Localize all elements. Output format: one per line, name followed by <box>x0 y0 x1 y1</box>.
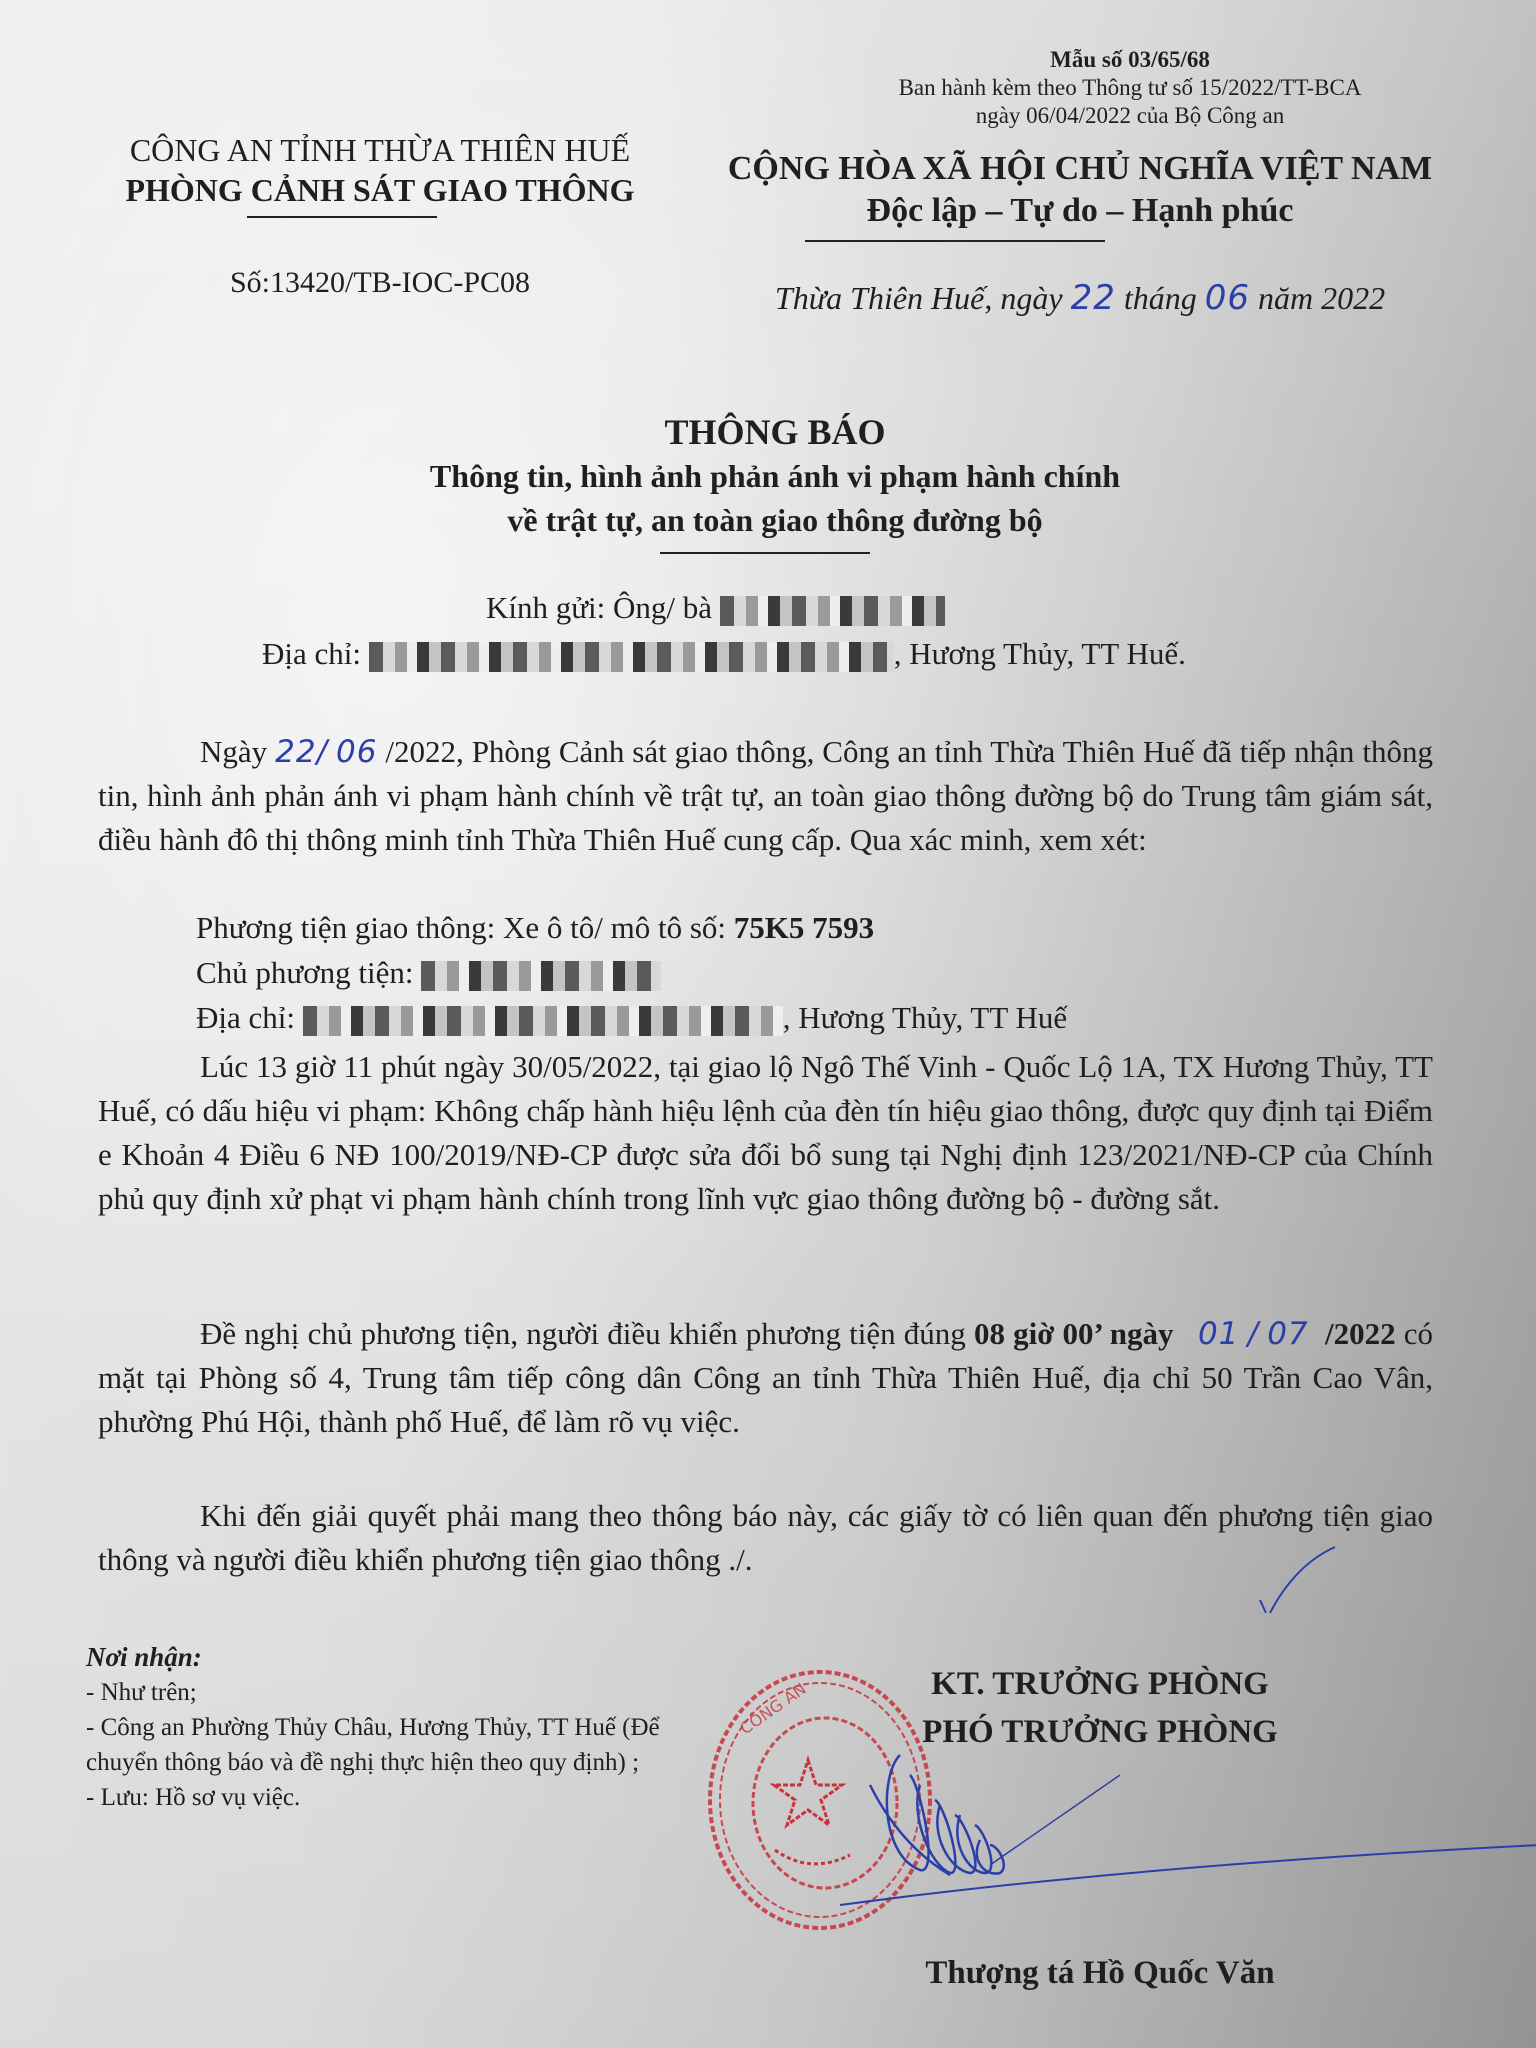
signature-icon <box>840 1745 1536 1925</box>
organization-block: CÔNG AN TỈNH THỪA THIÊN HUẾ PHÒNG CẢNH S… <box>40 130 720 210</box>
recipients-list: Nơi nhận: - Như trên; - Công an Phường T… <box>86 1640 696 1815</box>
notice-title: THÔNG BÁO Thông tin, hình ảnh phản ánh v… <box>300 410 1250 542</box>
document-number: Số:13420/TB-IOC-PC08 <box>40 266 720 300</box>
recipient-line: Kính gửi: Ông/ bà <box>486 590 945 626</box>
form-issued-with: Ban hành kèm theo Thông tư số 15/2022/TT… <box>880 74 1380 102</box>
handwritten-check-icon <box>1240 1545 1340 1615</box>
place-prefix: Thừa Thiên Huế, ngày <box>775 280 1063 316</box>
owner-line: Chủ phương tiện: <box>196 955 661 991</box>
redacted-owner-address <box>303 1006 783 1036</box>
nation-motto: Độc lập – Tự do – Hạnh phúc <box>680 190 1480 232</box>
paragraph-received: Ngày 22/ 06 /2022, Phòng Cảnh sát giao t… <box>98 730 1433 862</box>
month-label: tháng <box>1124 280 1197 316</box>
org-parent: CÔNG AN TỈNH THỪA THIÊN HUẾ <box>40 130 720 170</box>
summon-year: /2022 <box>1325 1316 1396 1351</box>
recipient-label: Kính gửi: Ông/ bà <box>486 590 712 625</box>
nation-name: CỘNG HÒA XÃ HỘI CHỦ NGHĨA VIỆT NAM <box>680 148 1480 190</box>
vehicle-line: Phương tiện giao thông: Xe ô tô/ mô tô s… <box>196 910 874 946</box>
paragraph-summon: Đề nghị chủ phương tiện, người điều khiể… <box>98 1312 1433 1444</box>
summon-time: 08 giờ 00’ ngày <box>974 1316 1174 1351</box>
signer-on-behalf: KT. TRƯỞNG PHÒNG <box>780 1660 1420 1708</box>
handwritten-received-month: 06 <box>336 734 377 770</box>
handwritten-summon-month: 07 <box>1267 1316 1308 1352</box>
form-code-header: Mẫu số 03/65/68 Ban hành kèm theo Thông … <box>880 46 1380 130</box>
title-line-1: Thông tin, hình ảnh phản ánh vi phạm hàn… <box>300 454 1250 498</box>
recipient-item: - Công an Phường Thủy Châu, Hương Thủy, … <box>86 1710 696 1780</box>
title-main: THÔNG BÁO <box>300 410 1250 454</box>
org-underline <box>247 216 437 218</box>
recipient-item: - Như trên; <box>86 1675 696 1710</box>
paragraph-bring-documents: Khi đến giải quyết phải mang theo thông … <box>98 1494 1433 1582</box>
owner-address-line: Địa chỉ: , Hương Thủy, TT Huế <box>196 1000 1067 1036</box>
signer-block: KT. TRƯỞNG PHÒNG PHÓ TRƯỞNG PHÒNG <box>780 1660 1420 1756</box>
handwritten-month: 06 <box>1205 278 1250 318</box>
title-line-2: về trật tự, an toàn giao thông đường bộ <box>300 498 1250 542</box>
owner-label: Chủ phương tiện: <box>196 955 413 990</box>
nation-header: CỘNG HÒA XÃ HỘI CHỦ NGHĨA VIỆT NAM Độc l… <box>680 148 1480 232</box>
handwritten-received-day: 22 <box>275 734 316 770</box>
received-prefix: Ngày <box>200 734 267 769</box>
summon-prefix: Đề nghị chủ phương tiện, người điều khiể… <box>200 1316 974 1351</box>
license-plate: 75K5 7593 <box>734 910 874 945</box>
address-suffix: , Hương Thủy, TT Huế. <box>894 636 1186 671</box>
summon-date-separator: / <box>1248 1316 1259 1352</box>
date-separator: / <box>317 734 328 770</box>
signer-name: Thượng tá Hồ Quốc Văn <box>780 1955 1420 1992</box>
paragraph-violation: Lúc 13 giờ 11 phút ngày 30/05/2022, tại … <box>98 1045 1433 1221</box>
place-date: Thừa Thiên Huế, ngày 22 tháng 06 năm 202… <box>680 278 1480 318</box>
redacted-owner <box>421 961 661 991</box>
vehicle-label: Phương tiện giao thông: Xe ô tô/ mô tô s… <box>196 910 734 945</box>
recipient-address-line: Địa chỉ: , Hương Thủy, TT Huế. <box>262 636 1186 672</box>
handwritten-summon-day: 01 <box>1198 1316 1239 1352</box>
motto-underline <box>805 240 1105 242</box>
redacted-name <box>720 596 945 626</box>
recipient-item: - Lưu: Hồ sơ vụ việc. <box>86 1780 696 1815</box>
recipients-heading: Nơi nhận: <box>86 1640 696 1675</box>
owner-address-label: Địa chỉ: <box>196 1000 295 1035</box>
title-underline <box>660 552 870 554</box>
owner-address-suffix: , Hương Thủy, TT Huế <box>783 1000 1067 1035</box>
form-issued-date: ngày 06/04/2022 của Bộ Công an <box>880 102 1380 130</box>
org-department: PHÒNG CẢNH SÁT GIAO THÔNG <box>40 170 720 210</box>
form-code: Mẫu số 03/65/68 <box>880 46 1380 74</box>
handwritten-day: 22 <box>1071 278 1116 318</box>
redacted-address <box>369 642 894 672</box>
address-label: Địa chỉ: <box>262 636 361 671</box>
year-label: năm 2022 <box>1258 280 1385 316</box>
